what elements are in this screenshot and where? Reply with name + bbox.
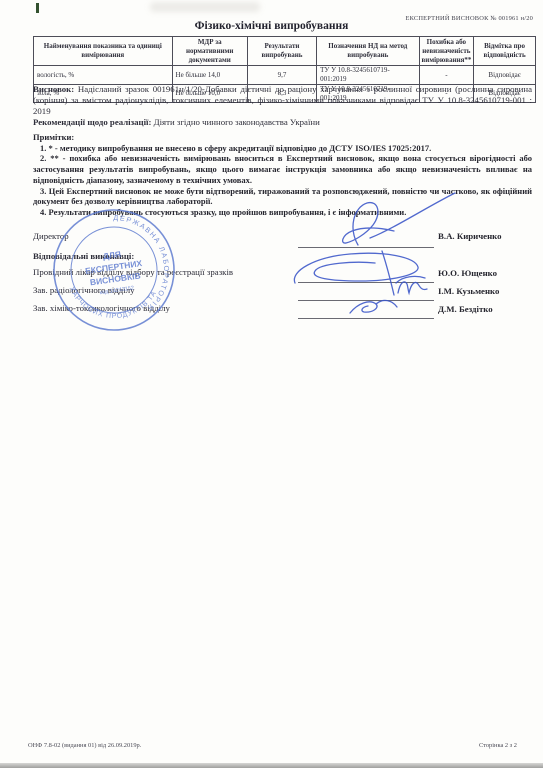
signature-line <box>298 269 434 283</box>
cell-uncertainty: - <box>419 66 474 85</box>
stamp-center-line4: код 14243152 <box>99 285 134 296</box>
signature-line <box>298 287 434 301</box>
recommendation-paragraph: Рекомендації щодо реалізації: Діяти згід… <box>33 117 532 128</box>
notes-label: Примітки: <box>33 132 532 143</box>
recommendation-text: Діяти згідно чинного законодавства Украї… <box>154 117 320 127</box>
header-cell-uncertainty: Похибка або невизначеність вимірювання** <box>419 37 474 66</box>
recommendation-label: Рекомендації щодо реалізації: <box>33 117 151 127</box>
scan-artifact-mark <box>36 3 39 13</box>
conclusion-text: Надісланий зразок 001961н/1/20-Добавки д… <box>33 84 532 116</box>
signature-name-director: В.А. Кириченко <box>438 231 502 241</box>
note-item: 2. ** - похибка або невизначеність вимір… <box>33 153 532 185</box>
conclusion-block: Висновок: Надісланий зразок 001961н/1/20… <box>33 84 532 128</box>
conclusion-label: Висновок: <box>33 84 74 94</box>
header-cell-conformity: Відмітка про відповідність <box>474 37 536 66</box>
document-page: ЕКСПЕРТНИЙ ВИСНОВОК № 001961 н/20 Фізико… <box>0 0 543 768</box>
header-cell-mdr: МДР за нормативними документами <box>172 37 247 66</box>
table-header-row: Найменування показника та одиниці вимірю… <box>34 37 536 66</box>
header-cell-method: Позначення НД на метод випробувань <box>317 37 419 66</box>
notes-block: Примітки: 1. * - методику випробування н… <box>33 132 532 218</box>
stamp-center-line1: ДЛЯ <box>102 249 121 261</box>
signature-name-sampling-doctor: Ю.О. Ющенко <box>438 268 497 278</box>
signature-name-chemtox-head: Д.М. Бездітко <box>438 304 493 314</box>
scan-edge-shadow <box>0 763 543 768</box>
round-stamp-icon: ДЕРЖАВНА ЛАБОРАТОРІЯ ХАРЧОВИХ ПРОДУКТІВ … <box>42 198 187 343</box>
header-cell-indicator: Найменування показника та одиниці вимірю… <box>34 37 173 66</box>
note-item: 3. Цей Експертний висновок не може бути … <box>33 186 532 207</box>
conclusion-paragraph: Висновок: Надісланий зразок 001961н/1/20… <box>33 84 532 117</box>
note-item: 1. * - методику випробування не внесено … <box>33 143 532 154</box>
signature-line <box>298 305 434 319</box>
scan-smudge <box>150 2 260 12</box>
header-cell-results: Результати випробувань <box>247 37 316 66</box>
page-title: Фізико-хімічні випробування <box>0 20 543 32</box>
table-row: вологість, % Не більше 14,0 9,7 ТУ У 10.… <box>34 66 536 85</box>
cell-result: 9,7 <box>247 66 316 85</box>
footer-page-number: Сторінка 2 з 2 <box>479 742 517 749</box>
signature-name-radiology-head: І.М. Кузьменко <box>438 286 499 296</box>
cell-indicator: вологість, % <box>34 66 173 85</box>
cell-mdr: Не більше 14,0 <box>172 66 247 85</box>
footer-form-code: ОНФ 7.8-02 (видання 01) від 26.09.2019р. <box>28 742 141 749</box>
signature-line <box>298 234 434 248</box>
cell-method: ТУ У 10.8-3245610719-001:2019 <box>317 66 419 85</box>
cell-conformity: Відповідає <box>474 66 536 85</box>
